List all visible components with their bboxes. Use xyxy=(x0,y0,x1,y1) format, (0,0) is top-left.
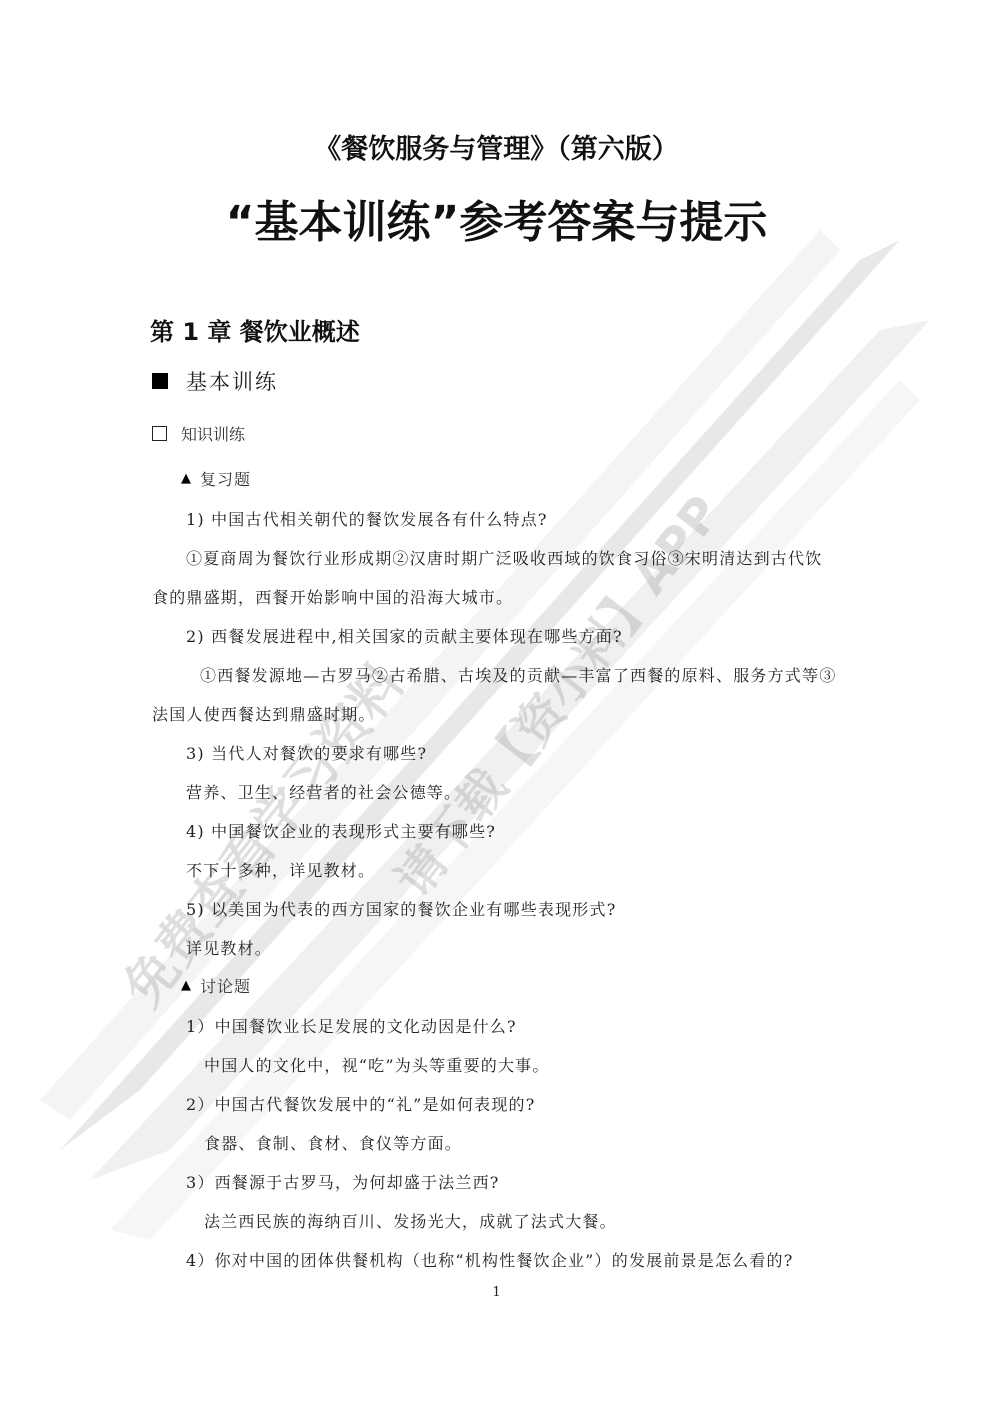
answer-line: ①西餐发源地—古罗马②古希腊、古埃及的贡献—丰富了西餐的原料、服务方式等③ xyxy=(200,663,836,686)
question-line: 1) 中国古代相关朝代的餐饮发展各有什么特点? xyxy=(186,507,548,530)
question-line: 5) 以美国为代表的西方国家的餐饮企业有哪些表现形式? xyxy=(186,897,617,920)
book-title: 《餐饮服务与管理》（第六版） xyxy=(0,127,993,166)
answer-line: 中国人的文化中，视“吃”为头等重要的大事。 xyxy=(204,1053,550,1076)
question-line: 4）你对中国的团体供餐机构（也称“机构性餐饮企业”）的发展前景是怎么看的? xyxy=(186,1248,794,1271)
review-heading-label: 复习题 xyxy=(200,467,251,490)
answer-line: 详见教材。 xyxy=(186,936,272,959)
answer-line: 法兰西民族的海纳百川、发扬光大，成就了法式大餐。 xyxy=(204,1209,617,1232)
triangle-icon: ▲ xyxy=(181,978,192,993)
triangle-icon: ▲ xyxy=(181,471,192,486)
discussion-heading: ▲ 讨论题 xyxy=(181,974,251,997)
review-heading: ▲ 复习题 xyxy=(181,467,251,490)
question-line: 2) 西餐发展进程中,相关国家的贡献主要体现在哪些方面? xyxy=(186,624,623,647)
answer-line: 营养、卫生、经营者的社会公德等。 xyxy=(186,780,461,803)
document-title: “基本训练”参考答案与提示 xyxy=(0,186,993,250)
answer-line: 不下十多种，详见教材。 xyxy=(186,858,375,881)
question-line: 3) 当代人对餐饮的要求有哪些? xyxy=(186,741,427,764)
discussion-heading-label: 讨论题 xyxy=(200,974,251,997)
subsection-label: 知识训练 xyxy=(181,422,245,445)
question-line: 4) 中国餐饮企业的表现形式主要有哪些? xyxy=(186,819,496,842)
answer-line: ①夏商周为餐饮行业形成期②汉唐时期广泛吸收西域的饮食习俗③宋明清达到古代饮 xyxy=(186,546,822,569)
answer-line: 食器、食制、食材、食仪等方面。 xyxy=(204,1131,462,1154)
section-heading: 基本训练 xyxy=(152,366,278,396)
filled-square-icon xyxy=(152,373,168,389)
answer-line: 食的鼎盛期，西餐开始影响中国的沿海大城市。 xyxy=(152,585,513,608)
subsection-heading: 知识训练 xyxy=(152,422,245,445)
empty-square-icon xyxy=(152,426,167,441)
question-line: 2）中国古代餐饮发展中的“礼”是如何表现的? xyxy=(186,1092,536,1115)
page-number: 1 xyxy=(0,1285,993,1300)
chapter-heading: 第 1 章 餐饮业概述 xyxy=(150,312,360,347)
answer-line: 法国人使西餐达到鼎盛时期。 xyxy=(152,702,376,725)
question-line: 3）西餐源于古罗马，为何却盛于法兰西? xyxy=(186,1170,500,1193)
document-page: 《餐饮服务与管理》（第六版） “基本训练”参考答案与提示 第 1 章 餐饮业概述… xyxy=(0,0,993,1404)
section-label: 基本训练 xyxy=(186,366,278,396)
question-line: 1）中国餐饮业长足发展的文化动因是什么? xyxy=(186,1014,517,1037)
